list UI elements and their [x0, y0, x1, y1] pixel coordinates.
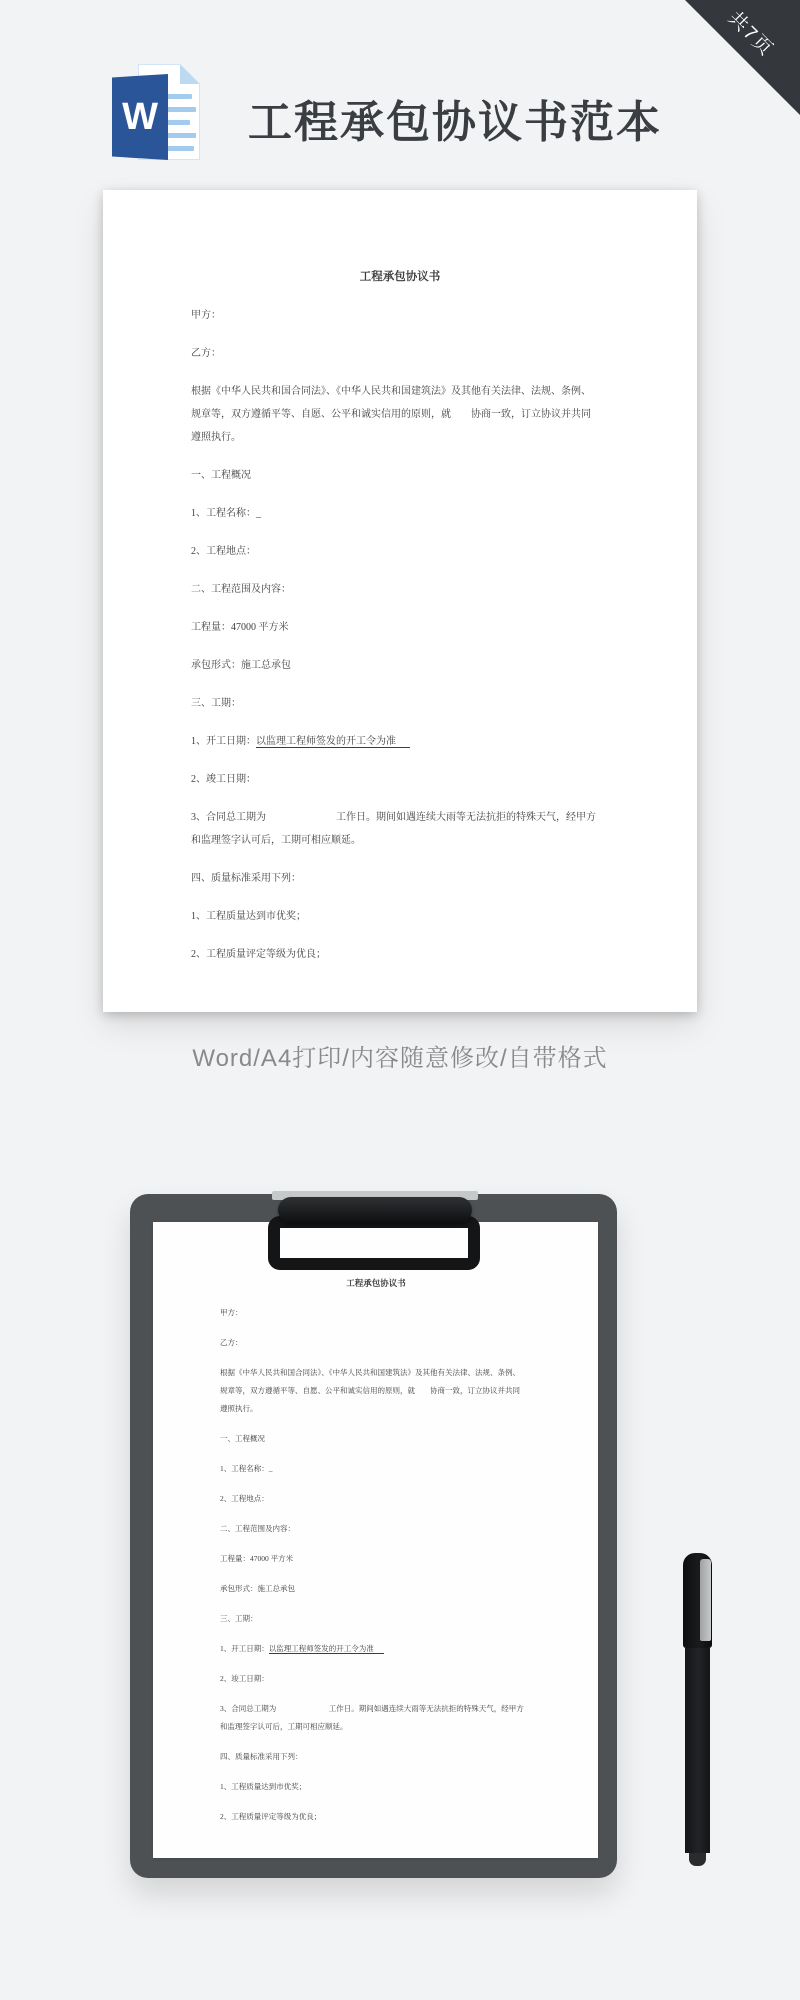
doc-section1-heading: 一、工程概况: [220, 1430, 598, 1448]
doc-title: 工程承包协议书: [191, 266, 609, 289]
doc-finish-date: 2、竣工日期：: [220, 1670, 598, 1688]
preview-caption: Word/A4打印/内容随意修改/自带格式: [0, 1038, 800, 1073]
doc-project-name-label: 1、工程名称：: [191, 508, 256, 519]
doc-intro: 根据《中华人民共和国合同法》、《中华人民共和国建筑法》及其他有关法律、法规、条例…: [220, 1364, 598, 1418]
doc-section3-heading: 三、工期：: [191, 692, 609, 715]
doc-start-date: 1、开工日期：以监理工程师签发的开工令为准: [191, 730, 609, 753]
doc-project-quantity: 工程量：47000 平方米: [220, 1550, 598, 1568]
doc-intro: 根据《中华人民共和国合同法》、《中华人民共和国建筑法》及其他有关法律、法规、条例…: [191, 380, 609, 449]
doc-project-name: 1、工程名称：_: [220, 1460, 598, 1478]
doc-total-duration-line: 3、合同总工期为 工作日。期间如遇连续大雨等无法抗拒的特殊天气，经甲方: [220, 1700, 598, 1718]
doc-party-b: 乙方：: [220, 1334, 598, 1352]
word-file-icon: W: [112, 64, 204, 166]
doc-intro-line: 根据《中华人民共和国合同法》、《中华人民共和国建筑法》及其他有关法律、法规、条例…: [220, 1364, 598, 1382]
doc-title: 工程承包协议书: [220, 1274, 532, 1292]
doc-section2-heading: 二、工程范围及内容：: [191, 578, 609, 601]
doc-contract-form: 承包形式：施工总承包: [220, 1580, 598, 1598]
pen: [683, 1553, 712, 1866]
doc-start-date-label: 1、开工日期：: [220, 1644, 269, 1653]
doc-intro-line: 规章等，双方遵循平等、自愿、公平和诚实信用的原则，就 协商一致，订立协议并共同: [191, 403, 609, 426]
clipboard-clip-roller: [278, 1197, 472, 1223]
page-count-label: 共7页: [723, 4, 781, 62]
pen-clip: [700, 1559, 711, 1641]
doc-project-quantity: 工程量：47000 平方米: [191, 616, 609, 639]
doc-section4-heading: 四、质量标准采用下列：: [220, 1748, 598, 1766]
doc-quality-item2: 2、工程质量评定等级为优良；: [220, 1808, 598, 1826]
doc-section3-heading: 三、工期：: [220, 1610, 598, 1628]
doc-section4-heading: 四、质量标准采用下列：: [191, 867, 609, 890]
clipboard-clip-handle: [268, 1216, 480, 1270]
template-preview-page: 共7页 W 工程承包协议书范本 工程承包协议书 甲方： 乙方： 根据《中华人民共…: [0, 0, 800, 2000]
doc-party-a: 甲方：: [220, 1304, 598, 1322]
pen-tip: [689, 1853, 706, 1866]
doc-party-b: 乙方：: [191, 342, 609, 365]
doc-intro-line: 根据《中华人民共和国合同法》、《中华人民共和国建筑法》及其他有关法律、法规、条例…: [191, 380, 609, 403]
doc-start-date-value: 以监理工程师签发的开工令为准: [256, 736, 410, 748]
doc-project-name: 1、工程名称：_: [191, 502, 609, 525]
doc-quality-item2: 2、工程质量评定等级为优良；: [191, 943, 609, 966]
pen-body: [685, 1648, 710, 1853]
page-title: 工程承包协议书范本: [248, 86, 662, 150]
document-preview-page: 工程承包协议书 甲方： 乙方： 根据《中华人民共和国合同法》、《中华人民共和国建…: [103, 190, 697, 1012]
doc-total-duration: 3、合同总工期为 工作日。期间如遇连续大雨等无法抗拒的特殊天气，经甲方 和监理签…: [191, 806, 609, 852]
doc-total-duration-line: 3、合同总工期为 工作日。期间如遇连续大雨等无法抗拒的特殊天气，经甲方: [191, 806, 609, 829]
page-count-ribbon: 共7页: [685, 0, 800, 115]
doc-contract-form: 承包形式：施工总承包: [191, 654, 609, 677]
clipboard-paper: 工程承包协议书 甲方： 乙方： 根据《中华人民共和国合同法》、《中华人民共和国建…: [153, 1222, 598, 1858]
doc-start-date-label: 1、开工日期：: [191, 736, 256, 747]
doc-section1-heading: 一、工程概况: [191, 464, 609, 487]
word-icon-letter: W: [122, 98, 158, 136]
doc-start-date: 1、开工日期：以监理工程师签发的开工令为准: [220, 1640, 598, 1658]
doc-intro-line: 规章等，双方遵循平等、自愿、公平和诚实信用的原则，就 协商一致，订立协议并共同: [220, 1382, 598, 1400]
doc-section2-heading: 二、工程范围及内容：: [220, 1520, 598, 1538]
doc-finish-date: 2、竣工日期：: [191, 768, 609, 791]
word-icon-folded-corner: [180, 64, 200, 84]
doc-quality-item1: 1、工程质量达到市优奖；: [191, 905, 609, 928]
doc-project-name-label: 1、工程名称：: [220, 1464, 269, 1473]
doc-project-location: 2、工程地点：: [191, 540, 609, 563]
doc-project-location: 2、工程地点：: [220, 1490, 598, 1508]
word-icon-panel: W: [112, 74, 168, 160]
doc-intro-line: 遵照执行。: [191, 426, 609, 449]
doc-total-duration-line: 和监理签字认可后，工期可相应顺延。: [220, 1718, 598, 1736]
doc-party-a: 甲方：: [191, 304, 609, 327]
doc-intro-line: 遵照执行。: [220, 1400, 598, 1418]
doc-start-date-value: 以监理工程师签发的开工令为准: [269, 1644, 384, 1654]
doc-total-duration: 3、合同总工期为 工作日。期间如遇连续大雨等无法抗拒的特殊天气，经甲方 和监理签…: [220, 1700, 598, 1736]
doc-quality-item1: 1、工程质量达到市优奖；: [220, 1778, 598, 1796]
doc-project-name-blank: _: [256, 508, 261, 519]
doc-total-duration-line: 和监理签字认可后，工期可相应顺延。: [191, 829, 609, 852]
doc-project-name-blank: _: [269, 1464, 273, 1473]
